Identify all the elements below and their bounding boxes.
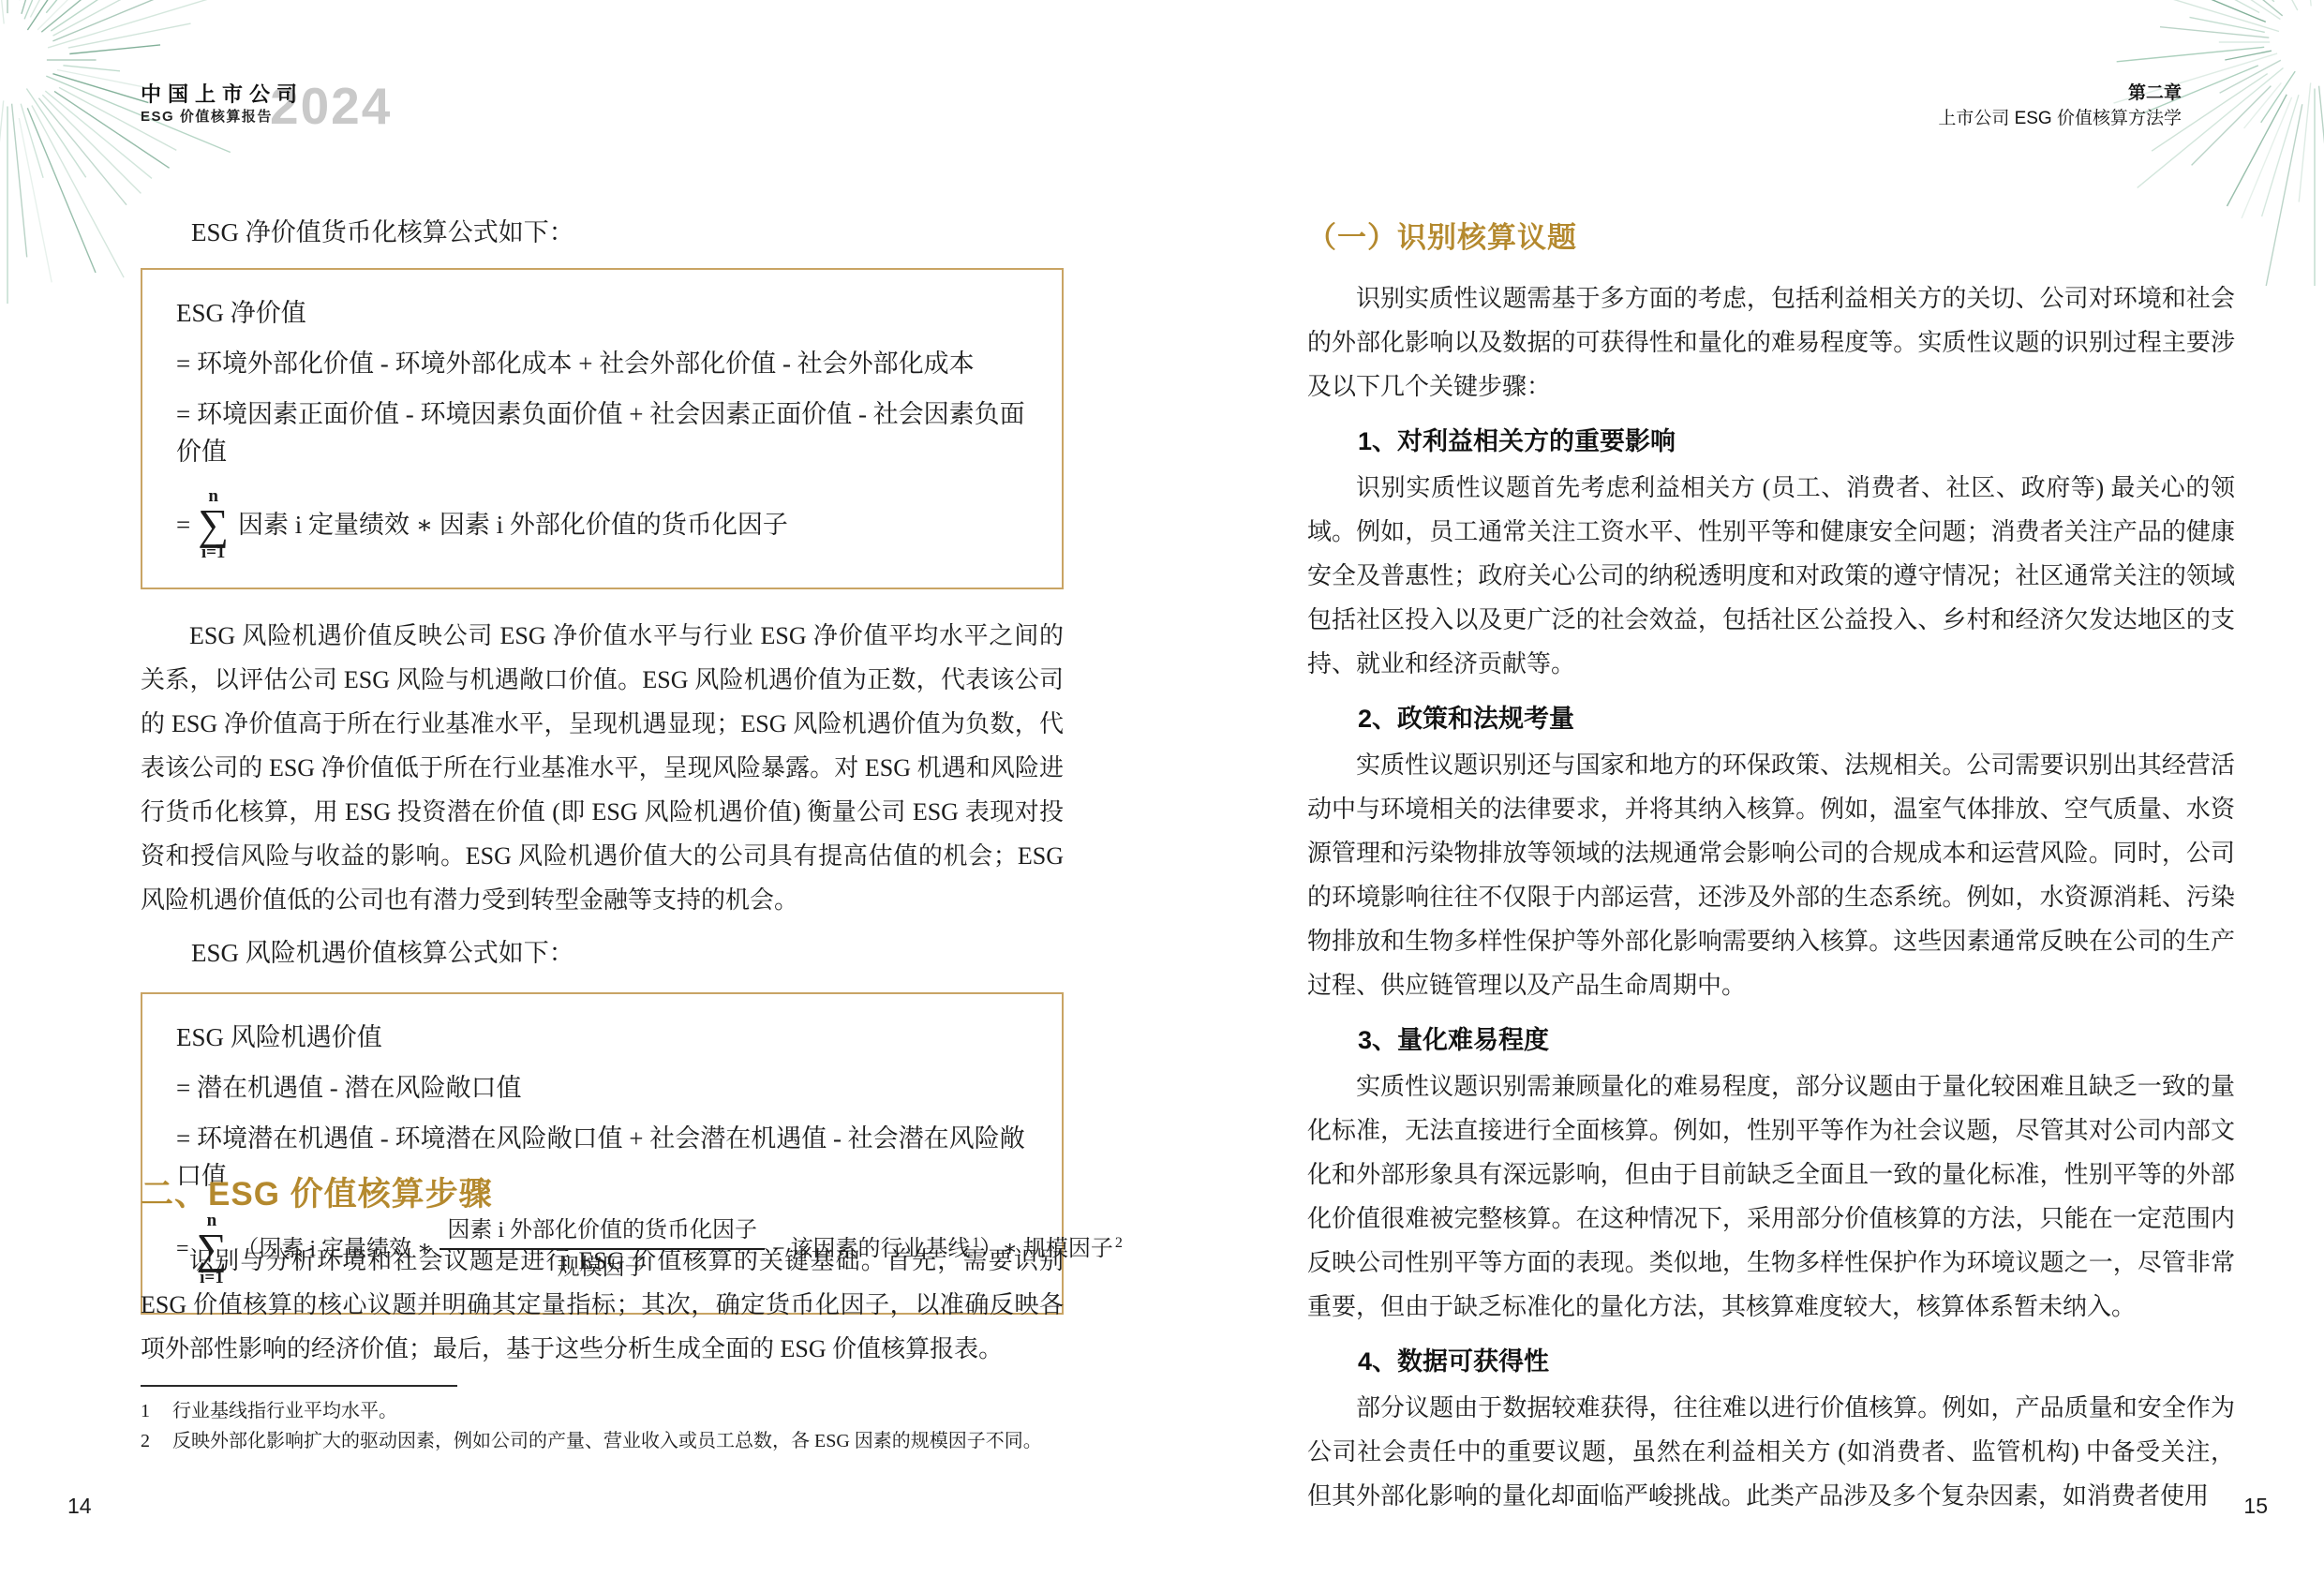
equals-sign: = xyxy=(176,506,190,543)
footnote-divider xyxy=(141,1385,457,1387)
net-value-formula-intro: ESG 净价值货币化核算公式如下： xyxy=(141,214,1064,251)
subsection-heading-data-availability: 4、数据可获得性 xyxy=(1307,1341,2235,1377)
sum-lower-limit: i=1 xyxy=(201,543,226,561)
chapter-label: 第二章 xyxy=(1938,82,2182,105)
risk-formula-intro: ESG 风险机遇价值核算公式如下： xyxy=(141,931,1064,975)
sigma-notation: n ∑ i=1 xyxy=(198,487,229,561)
footnote-ref-2: 2 xyxy=(1115,1235,1123,1251)
risk-opportunity-paragraph: ESG 风险机遇价值反映公司 ESG 净价值水平与行业 ESG 净价值平均水平之… xyxy=(141,614,1064,922)
formula-line: = 环境外部化价值 - 环境外部化成本 + 社会外部化价值 - 社会外部化成本 xyxy=(176,345,1028,382)
section-heading-steps: 二、ESG 价值核算步骤 xyxy=(141,1168,493,1215)
sum-expression: 因素 i 定量绩效 ∗ 因素 i 外部化价值的货币化因子 xyxy=(238,506,788,543)
subsection-body-stakeholders: 识别实质性议题首先考虑利益相关方 (员工、消费者、社区、政府等) 最关心的领域。… xyxy=(1307,466,2235,686)
footnote-number: 2 xyxy=(141,1426,154,1456)
steps-intro-paragraph: 识别与分析环境和社会议题是进行 ESG 价值核算的关键基础。首先，需要识别 ES… xyxy=(141,1239,1064,1371)
subsection-heading-policy: 2、政策和法规考量 xyxy=(1307,698,2235,735)
subsection-heading-quantification: 3、量化难易程度 xyxy=(1307,1019,2235,1056)
subsection-heading-stakeholders: 1、对利益相关方的重要影响 xyxy=(1307,421,2235,457)
formula-line: = 潜在机遇值 - 潜在风险敞口值 xyxy=(176,1069,1028,1107)
sigma-symbol: ∑ xyxy=(198,505,229,543)
page-number-left: 14 xyxy=(67,1494,92,1519)
chapter-header: 第二章 上市公司 ESG 价值核算方法学 xyxy=(1938,82,2182,131)
report-page-left: 中国上市公司 ESG 价值核算报告 2024 ESG 净价值货币化核算公式如下：… xyxy=(0,0,1162,1577)
formula-title: ESG 风险机遇价值 xyxy=(176,1019,1028,1056)
footnote-text: 行业基线指行业平均水平。 xyxy=(172,1396,397,1426)
net-value-formula-box: ESG 净价值 = 环境外部化价值 - 环境外部化成本 + 社会外部化价值 - … xyxy=(141,268,1064,589)
report-page-right: 第二章 上市公司 ESG 价值核算方法学 （一）识别核算议题 识别实质性议题需基… xyxy=(1162,0,2324,1577)
footnotes: 1 行业基线指行业平均水平。 2 反映外部化影响扩大的驱动因素，例如公司的产量、… xyxy=(141,1385,1064,1456)
subsection-body-quantification: 实质性议题识别需兼顾量化的难易程度，部分议题由于量化较困难且缺乏一致的量化标准，… xyxy=(1307,1064,2235,1329)
formula-title: ESG 净价值 xyxy=(176,294,1028,332)
identify-issues-intro: 识别实质性议题需基于多方面的考虑，包括利益相关方的关切、公司对环境和社会的外部化… xyxy=(1307,276,2235,409)
formula-sum-line: = n ∑ i=1 因素 i 定量绩效 ∗ 因素 i 外部化价值的货币化因子 xyxy=(176,487,1028,561)
formula-line: = 环境因素正面价值 - 环境因素负面价值 + 社会因素正面价值 - 社会因素负… xyxy=(176,395,1028,470)
footnote-number: 1 xyxy=(141,1396,154,1426)
chapter-title: 上市公司 ESG 价值核算方法学 xyxy=(1938,107,2182,131)
footnote-text: 反映外部化影响扩大的驱动因素，例如公司的产量、营业收入或员工总数，各 ESG 因… xyxy=(172,1426,1042,1456)
brand-title: 中国上市公司 xyxy=(141,79,304,108)
section-heading-identify-issues: （一）识别核算议题 xyxy=(1307,214,2235,256)
identify-issues-section: （一）识别核算议题 识别实质性议题需基于多方面的考虑，包括利益相关方的关切、公司… xyxy=(1307,214,2235,1518)
brand-subtitle: ESG 价值核算报告 xyxy=(141,106,273,126)
footnote-item: 2 反映外部化影响扩大的驱动因素，例如公司的产量、营业收入或员工总数，各 ESG… xyxy=(141,1426,1064,1456)
net-value-formula-section: ESG 净价值货币化核算公式如下： ESG 净价值 = 环境外部化价值 - 环境… xyxy=(141,214,1064,1315)
page-number-right: 15 xyxy=(2243,1494,2268,1519)
subsection-body-data-availability: 部分议题由于数据较难获得，往往难以进行价值核算。例如，产品质量和安全作为公司社会… xyxy=(1307,1386,2235,1518)
subsection-body-policy: 实质性议题识别还与国家和地方的环保政策、法规相关。公司需要识别出其经营活动中与环… xyxy=(1307,743,2235,1007)
footnote-item: 1 行业基线指行业平均水平。 xyxy=(141,1396,1064,1426)
